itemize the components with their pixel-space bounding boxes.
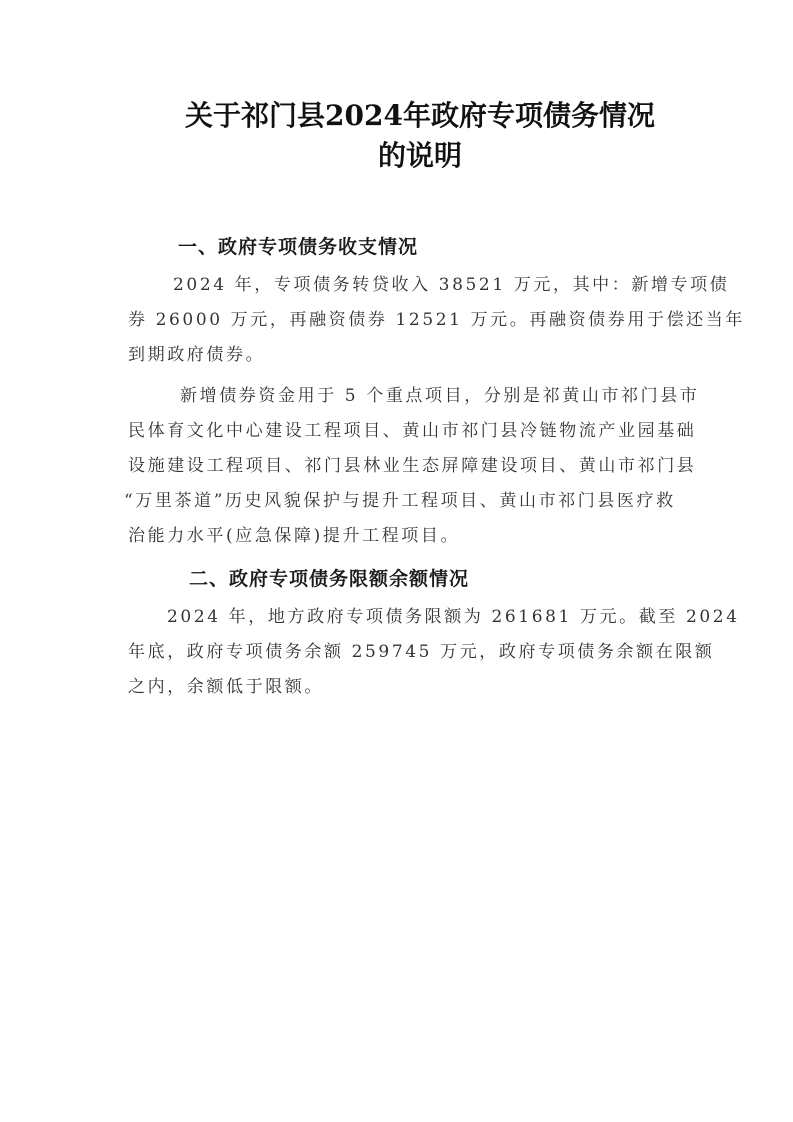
paragraph-line: 到期政府债券。 — [128, 340, 265, 365]
paragraph-line: 设施建设工程项目、祁门县林业生态屏障建设项目、黄山市祁门县 — [128, 451, 696, 476]
paragraph-line: 民体育文化中心建设工程项目、黄山市祁门县冷链物流产业园基础 — [128, 416, 696, 441]
title-line-2: 的说明 — [160, 136, 680, 176]
section-heading-1: 一、政府专项债务收支情况 — [178, 232, 418, 259]
paragraph-line: 2024 年，地方政府专项债务限额为 261681 万元。截至 2024 — [167, 602, 740, 627]
document-title: 关于祁门县2024年政府专项债务情况 的说明 — [160, 96, 680, 176]
paragraph-line: 新增债券资金用于 5 个重点项目，分别是祁黄山市祁门县市 — [180, 381, 699, 406]
paragraph-line: 年底，政府专项债务余额 259745 万元，政府专项债务余额在限额 — [128, 637, 715, 662]
paragraph-line: 2024 年，专项债务转贷收入 38521 万元，其中：新增专项债 — [173, 270, 729, 295]
paragraph-line: 治能力水平(应急保障)提升工程项目。 — [128, 521, 460, 546]
paragraph-line: 券 26000 万元，再融资债券 12521 万元。再融资债券用于偿还当年 — [128, 305, 745, 330]
paragraph-line: “万里茶道”历史风貌保护与提升工程项目、黄山市祁门县医疗救 — [124, 486, 676, 511]
section-heading-2: 二、政府专项债务限额余额情况 — [189, 564, 469, 591]
paragraph-line: 之内，余额低于限额。 — [128, 672, 324, 697]
title-line-1: 关于祁门县2024年政府专项债务情况 — [160, 96, 680, 136]
